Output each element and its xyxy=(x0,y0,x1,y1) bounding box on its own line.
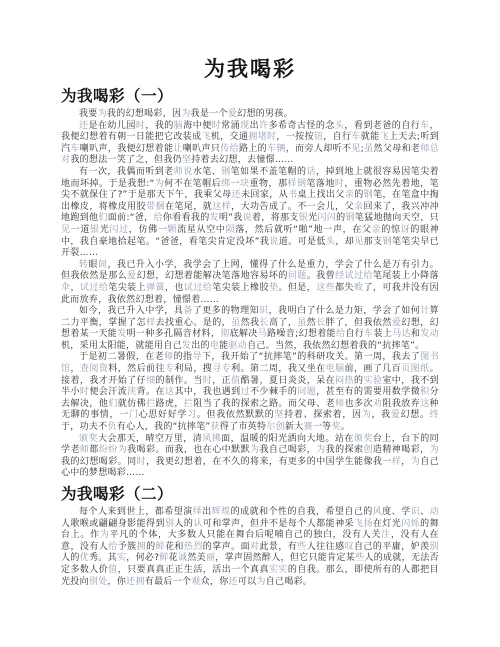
substituted-font-char: 发 xyxy=(420,329,429,339)
substituted-font-char: 寻 xyxy=(212,364,221,374)
substituted-font-char: 转 xyxy=(79,260,88,270)
substituted-font-char: 车 xyxy=(364,329,373,339)
substituted-font-char: 过 xyxy=(89,283,98,293)
substituted-font-char: 这 xyxy=(165,387,174,397)
substituted-font-char: 为 xyxy=(362,410,372,420)
substituted-font-char: 给 xyxy=(108,542,117,552)
substituted-font-char: 师 xyxy=(164,352,173,362)
substituted-font-char: 钢 xyxy=(346,213,355,223)
substituted-font-char: 见 xyxy=(351,144,360,154)
substituted-font-char: 师 xyxy=(335,399,344,409)
substituted-font-char: 钢 xyxy=(297,179,306,189)
substituted-font-char: 专 xyxy=(165,364,174,374)
substituted-font-char: 动 xyxy=(430,329,439,339)
substituted-font-char: 还 xyxy=(232,190,241,200)
substituted-font-char: 终 xyxy=(430,410,439,420)
substituted-font-char: 块 xyxy=(240,179,249,189)
substituted-font-char: 还 xyxy=(79,121,88,131)
substituted-font-char: 绑 xyxy=(221,179,230,189)
substituted-font-char: 车 xyxy=(70,144,79,154)
paragraph: 如今，我已升入中学，具备了更多的物理知识，我明白了什么是力矩，学会了如何计算二力… xyxy=(61,306,439,352)
substituted-font-char: 亲 xyxy=(372,225,382,235)
substituted-font-char: 驱 xyxy=(228,341,237,351)
substituted-font-char: 奖 xyxy=(88,434,97,444)
substituted-font-char: 风 xyxy=(373,507,382,517)
substituted-font-char: 给 xyxy=(203,283,212,293)
substituted-font-char: 风 xyxy=(202,434,211,444)
substituted-font-char: 劝 xyxy=(373,399,382,409)
substituted-font-char: 头 xyxy=(326,237,335,247)
substituted-font-char: 这 xyxy=(420,399,429,409)
section-heading: 为我喝彩（一） xyxy=(61,87,439,106)
substituted-font-char: 见 xyxy=(61,225,71,235)
substituted-font-char: 认 xyxy=(193,519,202,529)
substituted-font-char: 时 xyxy=(80,387,89,397)
substituted-font-char: 图 xyxy=(420,352,429,362)
substituted-font-char: 时 xyxy=(203,376,212,386)
substituted-font-char: 脑 xyxy=(335,364,344,374)
substituted-font-char: 传 xyxy=(220,144,229,154)
substituted-font-char: 为 xyxy=(250,445,259,455)
substituted-font-char: 这 xyxy=(316,283,325,293)
substituted-font-char: 时 xyxy=(267,132,276,142)
substituted-font-char: 样 xyxy=(392,457,401,467)
substituted-font-char: 亲 xyxy=(345,190,354,200)
substituted-font-char: 奖 xyxy=(331,422,340,432)
substituted-font-char: 说 xyxy=(243,213,252,223)
substituted-font-char: 纸 xyxy=(420,364,429,374)
substituted-font-char: 伞 xyxy=(61,283,70,293)
substituted-font-char: 爱 xyxy=(392,318,401,328)
substituted-font-char: 发 xyxy=(182,341,191,351)
substituted-font-char: 头 xyxy=(335,121,344,131)
substituted-font-char: 拥 xyxy=(248,132,257,142)
substituted-font-char: 图 xyxy=(411,364,420,374)
substituted-font-char: 车 xyxy=(351,132,360,142)
substituted-font-char: 别 xyxy=(89,577,98,587)
substituted-font-char: 获 xyxy=(210,422,219,432)
substituted-font-char: 样 xyxy=(222,202,231,212)
substituted-font-char: 钢 xyxy=(221,167,230,177)
substituted-font-char: 脑 xyxy=(174,121,183,131)
substituted-font-char: 些 xyxy=(355,553,364,563)
substituted-font-char: 样 xyxy=(287,179,296,189)
substituted-font-char: 亲 xyxy=(354,202,363,212)
substituted-font-char: 钮 xyxy=(314,132,323,142)
substituted-font-char: 簧 xyxy=(156,283,165,293)
substituted-font-char: 热 xyxy=(345,376,354,386)
substituted-font-char: 别 xyxy=(430,542,439,552)
substituted-font-char: 马 xyxy=(392,329,401,339)
substituted-font-char: 虽 xyxy=(231,318,240,328)
paragraph: 有一次，我偶而听到老师说水笔、钢笔如果不盖笔帽的话，掉到地上就很容易因笔尖着地而… xyxy=(61,167,439,260)
substituted-font-char: 注 xyxy=(381,530,391,540)
substituted-font-char: 为 xyxy=(155,179,165,189)
substituted-font-char: 扬 xyxy=(363,519,372,529)
substituted-font-char: 垫 xyxy=(269,283,278,293)
substituted-font-char: 颗 xyxy=(168,225,178,235)
section-heading: 为我喝彩（二） xyxy=(61,485,439,504)
paragraph: 颁奖大会那天，晴空万里，清风拂面，温暖的阳光洒向大地。站在颁奖台上，台下的同学老… xyxy=(61,434,439,480)
substituted-font-char: 为 xyxy=(316,445,325,455)
substituted-font-char: 现 xyxy=(240,121,249,131)
substituted-font-char: 长 xyxy=(316,318,325,328)
substituted-font-char: 实 xyxy=(117,553,126,563)
substituted-font-char: 值 xyxy=(108,565,117,575)
substituted-font-char: 处 xyxy=(98,577,107,587)
substituted-font-char: 创 xyxy=(363,445,372,455)
substituted-font-char: 师 xyxy=(80,445,89,455)
substituted-font-char: 试 xyxy=(80,283,89,293)
paragraph: 于是初二暑假，在老师的指导下，我开始了“抗摔笔”的科研攻关。第一周，我去了图书馆… xyxy=(61,352,439,433)
substituted-font-char: 虽 xyxy=(297,318,306,328)
substituted-font-char: 对 xyxy=(61,155,70,165)
substituted-font-char: 鲜 xyxy=(159,553,168,563)
substituted-font-char: 总 xyxy=(430,144,439,154)
substituted-font-char: 创 xyxy=(276,422,285,432)
substituted-font-char: 达 xyxy=(402,329,411,339)
substituted-font-char: 烁 xyxy=(411,519,420,529)
substituted-font-char: 带 xyxy=(146,202,155,212)
substituted-font-char: 钢 xyxy=(383,237,392,247)
substituted-font-char: 观 xyxy=(191,577,200,587)
substituted-font-char: 备 xyxy=(183,306,192,316)
substituted-font-char: 书 xyxy=(430,352,439,362)
substituted-font-char: 对 xyxy=(250,542,259,552)
substituted-font-char: 优 xyxy=(80,553,89,563)
substituted-font-char: 试 xyxy=(345,271,354,281)
substituted-font-char: 们 xyxy=(98,213,107,223)
substituted-font-char: 马 xyxy=(258,329,267,339)
substituted-font-char: 些 xyxy=(297,542,306,552)
substituted-font-char: 纷 xyxy=(108,445,117,455)
substituted-font-char: 书 xyxy=(288,190,297,200)
substituted-font-char: 这 xyxy=(212,202,221,212)
substituted-font-char: 爱 xyxy=(391,410,401,420)
substituted-font-char: 问 xyxy=(297,387,306,397)
substituted-font-char: 银 xyxy=(90,225,100,235)
substituted-font-char: 时 xyxy=(137,457,146,467)
substituted-font-char: 查 xyxy=(80,364,89,374)
substituted-font-char: 许 xyxy=(259,121,268,131)
substituted-font-char: 奖 xyxy=(363,434,372,444)
substituted-font-char: 值 xyxy=(231,376,240,386)
substituted-font-char: 鲜 xyxy=(156,542,165,552)
substituted-font-char: 门 xyxy=(129,410,139,420)
substituted-font-char: 试 xyxy=(184,283,193,293)
substituted-font-char: 拂 xyxy=(212,434,221,444)
substituted-font-char: 习 xyxy=(187,410,197,420)
substituted-font-char: 为 xyxy=(411,457,420,467)
substituted-font-char: 导 xyxy=(193,352,202,362)
substituted-font-char: 为 xyxy=(181,109,190,119)
substituted-font-char: 话 xyxy=(306,167,315,177)
substituted-font-char: 说 xyxy=(269,237,278,247)
substituted-font-char: 经 xyxy=(335,271,344,281)
substituted-font-char: 拥 xyxy=(135,577,144,587)
substituted-font-char: 负 xyxy=(108,422,117,432)
substituted-font-char: 煌 xyxy=(221,507,230,517)
substituted-font-char: 见 xyxy=(354,237,363,247)
substituted-font-char: 坚 xyxy=(274,410,284,420)
substituted-font-char: 发 xyxy=(117,329,126,339)
substituted-font-char: 热 xyxy=(184,542,193,552)
substituted-font-char: 给 xyxy=(336,329,345,339)
substituted-font-char: 专 xyxy=(222,364,231,374)
substituted-font-char: 时 xyxy=(335,179,344,189)
substituted-font-char: 识 xyxy=(411,507,420,517)
substituted-font-char: 资 xyxy=(99,364,108,374)
substituted-font-char: 间 xyxy=(98,260,107,270)
substituted-font-char: 坚 xyxy=(182,155,191,165)
substituted-font-char: 实 xyxy=(363,376,372,386)
substituted-font-char: 题 xyxy=(297,271,306,281)
substituted-font-char: 叹 xyxy=(345,542,354,552)
substituted-font-char: 为 xyxy=(118,445,127,455)
substituted-font-char: 动 xyxy=(238,341,247,351)
paragraph: 我要为我的幻想喝彩，因为我是一个爱幻想的男孩。 xyxy=(61,109,439,121)
substituted-font-char: 馆 xyxy=(61,364,70,374)
substituted-font-char: 长 xyxy=(259,318,268,328)
substituted-font-char: 还 xyxy=(229,577,238,587)
substituted-font-char: 电 xyxy=(210,341,219,351)
substituted-font-char: 页 xyxy=(401,364,410,374)
substituted-font-char: 浃 xyxy=(127,387,136,397)
substituted-font-char: 尔 xyxy=(266,422,275,432)
substituted-font-char: 堵 xyxy=(258,132,267,142)
substituted-font-char: 钢 xyxy=(364,190,373,200)
substituted-font-char: 绎 xyxy=(193,507,202,517)
substituted-font-char: 虽 xyxy=(364,144,373,154)
substituted-font-char: 陨 xyxy=(226,225,236,235)
substituted-font-char: 过 xyxy=(119,225,129,235)
substituted-font-char: 师 xyxy=(420,144,429,154)
paragraph: 每个人来到世上，都希望演绎出辉煌的成就和个性的自我，希望自己的风度、学识、动人歌… xyxy=(61,507,439,588)
substituted-font-char: 赛 xyxy=(304,422,313,432)
substituted-font-char: 讶 xyxy=(401,225,411,235)
substituted-font-char: 弹 xyxy=(146,283,155,293)
substituted-font-char: 给 xyxy=(230,144,239,154)
substituted-font-char: 师 xyxy=(174,167,183,177)
substituted-font-char: 纷 xyxy=(99,445,108,455)
substituted-font-char: 闪 xyxy=(327,213,336,223)
substituted-font-char: 识 xyxy=(259,306,268,316)
substituted-font-char: 诚 xyxy=(178,553,187,563)
substituted-font-char: 辉 xyxy=(212,507,221,517)
substituted-font-char: 闪 xyxy=(109,225,119,235)
substituted-font-char: 发 xyxy=(210,213,219,223)
document-body: 为我喝彩（一）我要为我的幻想喝彩，因为我是一个爱幻想的男孩。还是在幼儿园时，我的… xyxy=(61,87,439,588)
substituted-font-char: 闪 xyxy=(317,213,326,223)
substituted-font-char: 给 xyxy=(363,271,372,281)
substituted-font-char: 时 xyxy=(136,121,145,131)
substituted-font-char: 时 xyxy=(212,121,221,131)
substituted-font-char: 拦 xyxy=(146,399,155,409)
substituted-font-char: 积 xyxy=(420,387,429,397)
substituted-font-char: 拦 xyxy=(184,399,193,409)
substituted-font-char: 颁 xyxy=(354,434,363,444)
substituted-font-char: 为 xyxy=(98,109,107,119)
substituted-font-char: 烈 xyxy=(193,542,202,552)
substituted-font-char: 样 xyxy=(146,318,155,328)
document-title: 为我喝彩 xyxy=(61,56,439,82)
substituted-font-char: 拥 xyxy=(137,542,146,552)
substituted-font-char: 闷 xyxy=(335,376,344,386)
substituted-font-char: 细 xyxy=(146,376,155,386)
substituted-font-char: 车 xyxy=(420,121,429,131)
substituted-font-char: 给 xyxy=(99,283,108,293)
substituted-font-char: 爱 xyxy=(127,271,136,281)
substituted-font-char: 题 xyxy=(307,387,316,397)
substituted-font-char: 飞 xyxy=(201,132,210,142)
substituted-font-char: 彻 xyxy=(220,329,229,339)
substituted-font-char: 飞 xyxy=(379,132,388,142)
substituted-font-char: 验 xyxy=(373,376,382,386)
substituted-font-char: 别 xyxy=(165,519,174,529)
substituted-font-char: 给 xyxy=(153,213,162,223)
substituted-font-char: 阅 xyxy=(89,364,98,374)
substituted-font-char: 们 xyxy=(108,399,117,409)
substituted-font-char: 辆 xyxy=(276,144,285,154)
substituted-font-char: 实 xyxy=(278,565,287,575)
substituted-font-char: 过 xyxy=(193,283,202,293)
substituted-font-char: 闪 xyxy=(401,519,410,529)
paragraph: 转眼间，我已升入小学，我学会了上网，懂得了什么是重力，学会了什么是万有引力。但我… xyxy=(61,260,439,306)
substituted-font-char: 计 xyxy=(420,306,429,316)
substituted-font-char: 银 xyxy=(299,213,308,223)
document-page: 为我喝彩 为我喝彩（一）我要为我的幻想喝彩，因为我是一个爱幻想的男孩。还是在幼儿… xyxy=(0,0,500,647)
substituted-font-char: 说 xyxy=(183,167,192,177)
substituted-font-char: 些 xyxy=(326,283,335,293)
substituted-font-char: 为 xyxy=(430,445,439,455)
substituted-font-char: 捆 xyxy=(156,202,165,212)
substituted-font-char: 过 xyxy=(241,387,250,397)
substituted-font-char: 丽 xyxy=(206,553,215,563)
substituted-font-char: 为 xyxy=(256,577,265,587)
substituted-font-char: 爱 xyxy=(228,109,237,119)
substituted-font-char: 为 xyxy=(100,530,110,540)
substituted-font-char: 败 xyxy=(354,283,363,293)
substituted-font-char: 实 xyxy=(269,565,278,575)
substituted-font-char: 动 xyxy=(430,507,439,517)
paragraph: 还是在幼儿园时，我的脑海中便时常涌现出许多希奇古怪的念头，看到老爸的自行车，我便… xyxy=(61,121,439,167)
substituted-font-char: 电 xyxy=(326,364,335,374)
substituted-font-char: 问 xyxy=(288,271,297,281)
substituted-font-char: 让 xyxy=(173,144,182,154)
